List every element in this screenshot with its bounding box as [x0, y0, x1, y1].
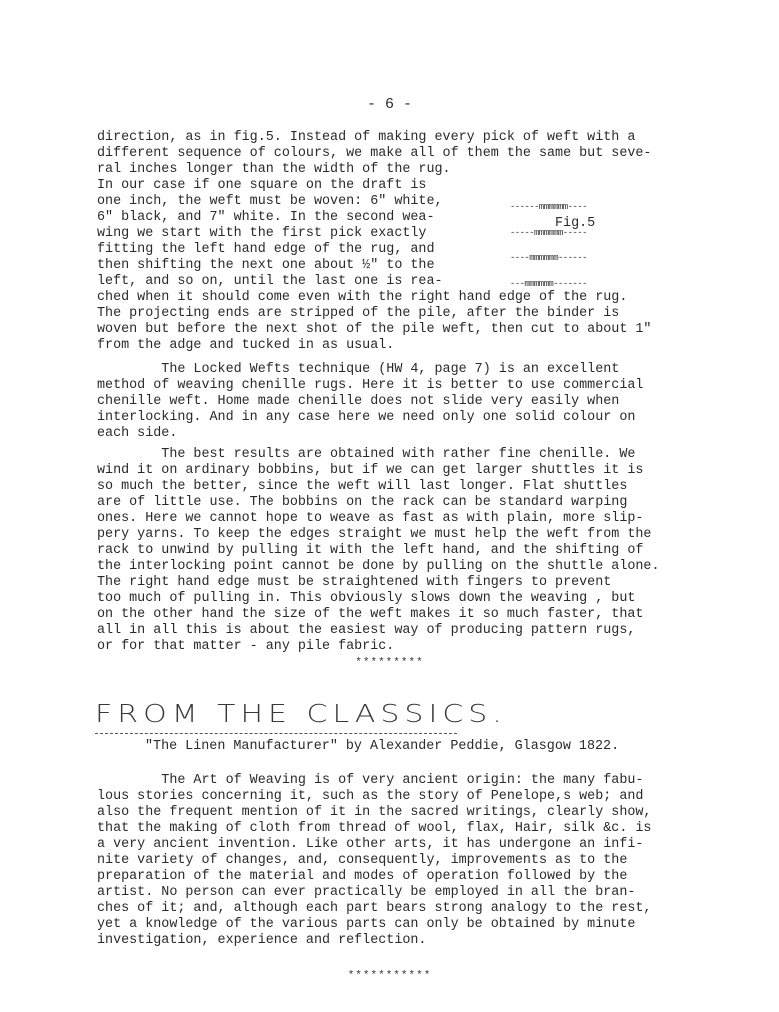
figure-5-draft: ------mmmmmm---- -----mmmmmm----- ----mm… — [510, 186, 630, 305]
text-line: artist. No person can ever practically b… — [97, 885, 635, 901]
citation: "The Linen Manufacturer" by Alexander Pe… — [145, 739, 619, 755]
text-line: The right hand edge must be straightened… — [97, 575, 611, 591]
text-line: a very ancient invention. Like other art… — [97, 837, 643, 853]
text-line: investigation, experience and reflection… — [97, 933, 426, 949]
text-line: ches of it; and, although each part bear… — [97, 901, 651, 917]
draft-row: ---mmmmmm------- — [510, 280, 630, 289]
figure-caption: Fig.5 — [555, 216, 595, 231]
text-line: lous stories concerning it, such as the … — [97, 789, 643, 805]
section-heading: FROM THE CLASSICS. — [95, 700, 507, 729]
text-line: The projecting ends are stripped of the … — [97, 306, 619, 322]
page-number: - 6 - — [0, 96, 779, 113]
text-line: left, and so on, until the last one is r… — [97, 274, 443, 290]
text-line: ones. Here we cannot hope to weave as fa… — [97, 511, 643, 527]
text-line: preparation of the material and modes of… — [97, 869, 627, 885]
section-divider: *********** — [0, 970, 779, 982]
text-line: on the other hand the size of the weft m… — [97, 607, 643, 623]
text-line: wind it on ardinary bobbins, but if we c… — [97, 463, 643, 479]
text-line: The Locked Wefts technique (HW 4, page 7… — [97, 362, 619, 378]
text-line: ral inches longer than the width of the … — [97, 162, 451, 178]
text-line: the interlocking point cannot be done by… — [97, 559, 660, 575]
text-line: method of weaving chenille rugs. Here it… — [97, 378, 643, 394]
text-line: wing we start with the first pick exactl… — [97, 226, 426, 242]
text-line: The Art of Weaving is of very ancient or… — [97, 773, 643, 789]
heading-underline — [95, 733, 457, 734]
text-line: direction, as in fig.5. Instead of makin… — [97, 130, 635, 146]
text-line: nite variety of changes, and, consequent… — [97, 853, 627, 869]
text-line: yet a knowledge of the various parts can… — [97, 917, 635, 933]
text-line: fitting the left hand edge of the rug, a… — [97, 242, 435, 258]
section-divider: ********* — [0, 657, 779, 669]
text-line: pery yarns. To keep the edges straight w… — [97, 527, 651, 543]
text-line: from the adge and tucked in as usual. — [97, 338, 394, 354]
draft-row: ----mmmmmm------ — [510, 254, 630, 263]
draft-row: ------mmmmmm---- — [510, 203, 630, 212]
text-line: all in all this is about the easiest way… — [97, 623, 635, 639]
document-page: - 6 - direction, as in fig.5. Instead of… — [0, 0, 779, 1012]
text-line: too much of pulling in. This obviously s… — [97, 591, 635, 607]
text-line: or for that matter - any pile fabric. — [97, 639, 394, 655]
text-line: so much the better, since the weft will … — [97, 479, 627, 495]
text-line: different sequence of colours, we make a… — [97, 146, 651, 162]
text-line: ched when it should come even with the r… — [97, 290, 627, 306]
text-line: also the frequent mention of it in the s… — [97, 805, 651, 821]
text-line: woven but before the next shot of the pi… — [97, 322, 651, 338]
text-line: each side. — [97, 426, 177, 442]
text-line: chenille weft. Home made chenille does n… — [97, 394, 619, 410]
text-line: rack to unwind by pulling it with the le… — [97, 543, 643, 559]
text-line: The best results are obtained with rathe… — [97, 447, 635, 463]
text-line: are of little use. The bobbins on the ra… — [97, 495, 627, 511]
text-line: then shifting the next one about ½" to t… — [97, 258, 435, 274]
text-line: that the making of cloth from thread of … — [97, 821, 651, 837]
text-line: In our case if one square on the draft i… — [97, 178, 426, 194]
text-line: one inch, the weft must be woven: 6" whi… — [97, 194, 443, 210]
text-line: interlocking. And in any case here we ne… — [97, 410, 635, 426]
text-line: 6" black, and 7" white. In the second we… — [97, 210, 435, 226]
